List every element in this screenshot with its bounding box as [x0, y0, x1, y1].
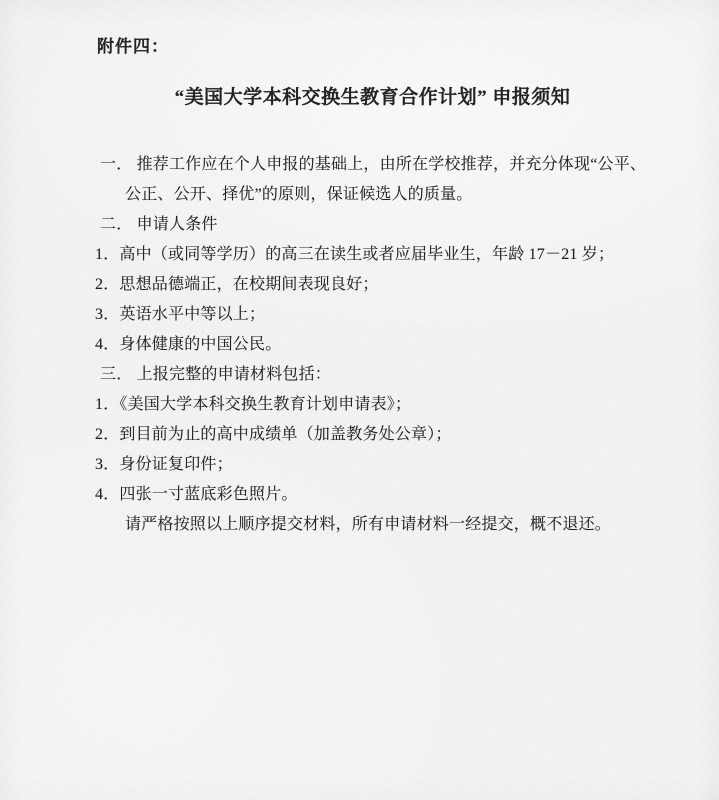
- document-line-item-1-wrap: 公正、公开、择优”的原则，保证候选人的质量。: [95, 180, 640, 210]
- document-line-condition-1: 1．高中（或同等学历）的高三在读生或者应届毕业生，年龄 17－21 岁；: [95, 240, 640, 270]
- scanned-document-page: 附件四： “美国大学本科交换生教育合作计划” 申报须知 一． 推荐工作应在个人申…: [0, 0, 719, 800]
- document-line-item-3: 三． 上报完整的申请材料包括：: [95, 360, 640, 390]
- document-line-item-1: 一． 推荐工作应在个人申报的基础上，由所在学校推荐，并充分体现“公平、: [95, 150, 640, 180]
- document-line-material-4: 4．四张一寸蓝底彩色照片。: [95, 480, 640, 510]
- document-line-condition-2: 2．思想品德端正，在校期间表现良好；: [95, 270, 640, 300]
- document-line-material-1: 1．《美国大学本科交换生教育计划申请表》；: [95, 390, 640, 420]
- document-body: 一． 推荐工作应在个人申报的基础上，由所在学校推荐，并充分体现“公平、 公正、公…: [95, 150, 640, 540]
- document-line-condition-3: 3．英语水平中等以上；: [95, 300, 640, 330]
- document-line-material-2: 2．到目前为止的高中成绩单（加盖教务处公章）；: [95, 420, 640, 450]
- document-line-condition-4: 4．身体健康的中国公民。: [95, 330, 640, 360]
- document-line-item-2: 二． 申请人条件: [95, 210, 640, 240]
- document-line-closing-note: 请严格按照以上顺序提交材料，所有申请材料一经提交，概不退还。: [95, 510, 640, 540]
- document-line-material-3: 3．身份证复印件；: [95, 450, 640, 480]
- document-title: “美国大学本科交换生教育合作计划” 申报须知: [0, 85, 719, 111]
- attachment-label: 附件四：: [97, 37, 169, 57]
